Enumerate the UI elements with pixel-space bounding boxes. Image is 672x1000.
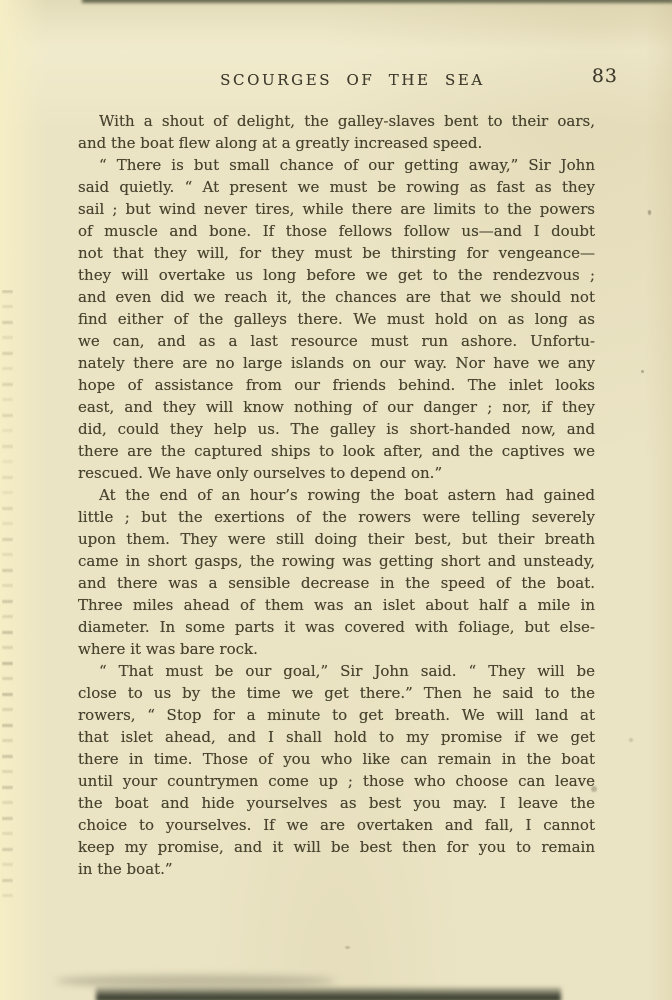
paragraph: At the end of an hour’s rowing the boat … <box>78 484 595 660</box>
text-line: did, could they help us. The galley is s… <box>78 418 595 440</box>
paragraph: “ That must be our goal,” Sir John said.… <box>78 660 595 880</box>
text-line: where it was bare rock. <box>78 638 595 660</box>
scan-edge-shadow-bottom <box>96 987 561 1000</box>
text-line: Three miles ahead of them was an islet a… <box>78 594 595 616</box>
paragraph: With a shout of delight, the galley-slav… <box>78 110 595 154</box>
text-line: and the boat flew along at a greatly inc… <box>78 132 595 154</box>
running-header-title: SCOURGES OF THE SEA <box>78 71 611 89</box>
text-block: With a shout of delight, the galley-slav… <box>78 110 595 880</box>
text-line: “ That must be our goal,” Sir John said.… <box>78 660 595 682</box>
text-line: east, and they will know nothing of our … <box>78 396 595 418</box>
text-line: upon them. They were still doing their b… <box>78 528 595 550</box>
text-line: At the end of an hour’s rowing the boat … <box>78 484 595 506</box>
text-line: rowers, “ Stop for a minute to get breat… <box>78 704 595 726</box>
ink-speck <box>648 210 651 215</box>
ink-speck <box>345 946 350 949</box>
text-line: came in short gasps, the rowing was gett… <box>78 550 595 572</box>
margin-bleedthrough-marks <box>2 290 13 898</box>
scan-smudge-bottom <box>55 975 335 987</box>
text-line: “ There is but small chance of our getti… <box>78 154 595 176</box>
text-line: in the boat.” <box>78 858 595 880</box>
text-line: rescued. We have only ourselves to depen… <box>78 462 595 484</box>
text-line: they will overtake us long before we get… <box>78 264 595 286</box>
text-line: little ; but the exertions of the rowers… <box>78 506 595 528</box>
text-line: we can, and as a last resource must run … <box>78 330 595 352</box>
scan-edge-shadow-top <box>82 0 672 3</box>
text-line: the boat and hide yourselves as best you… <box>78 792 595 814</box>
text-line: sail ; but wind never tires, while there… <box>78 198 595 220</box>
text-line: nately there are no large islands on our… <box>78 352 595 374</box>
text-line: that islet ahead, and I shall hold to my… <box>78 726 595 748</box>
text-line: and even did we reach it, the chances ar… <box>78 286 595 308</box>
text-line: said quietly. “ At present we must be ro… <box>78 176 595 198</box>
ink-speck <box>591 786 597 792</box>
text-line: there are the captured ships to look aft… <box>78 440 595 462</box>
text-line: With a shout of delight, the galley-slav… <box>78 110 595 132</box>
text-line: not that they will, for they must be thi… <box>78 242 595 264</box>
text-line: close to us by the time we get there.” T… <box>78 682 595 704</box>
text-line: until your countrymen come up ; those wh… <box>78 770 595 792</box>
text-line: find either of the galleys there. We mus… <box>78 308 595 330</box>
paragraph: “ There is but small chance of our getti… <box>78 154 595 484</box>
ink-speck <box>641 370 644 373</box>
text-line: hope of assistance from our friends behi… <box>78 374 595 396</box>
text-line: of muscle and bone. If those fellows fol… <box>78 220 595 242</box>
book-page-scan: SCOURGES OF THE SEA 83 With a shout of d… <box>0 0 672 1000</box>
text-line: and there was a sensible decrease in the… <box>78 572 595 594</box>
text-line: there in time. Those of you who like can… <box>78 748 595 770</box>
text-line: choice to yourselves. If we are overtake… <box>78 814 595 836</box>
page-number: 83 <box>592 65 618 87</box>
text-line: diameter. In some parts it was covered w… <box>78 616 595 638</box>
text-line: keep my promise, and it will be best the… <box>78 836 595 858</box>
ink-speck <box>629 738 633 742</box>
